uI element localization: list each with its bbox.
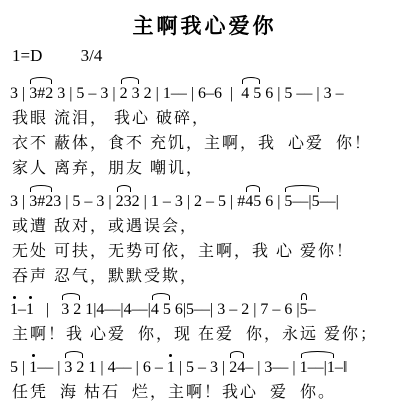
music-note-token: – [245,359,257,377]
music-note-token: 5 –– [280,85,316,103]
high-octave-note: 1 [29,359,37,377]
music-note-token: 3 [53,193,65,211]
music-note-token: –– [37,359,57,377]
barline: | [336,193,339,211]
music-note-token: 5 – 3 [182,359,222,377]
slur-note-group: 4 5 [151,301,171,319]
slur-note-group: 45 [245,193,261,211]
slur-note-group: 23 [116,193,132,211]
music-line-1: 3 | 3#2 3 | 5 – 3 | 2 3 2 | 1–– | 6–6 | … [10,74,401,106]
music-note-token: 1–– [159,85,191,103]
music-note-token: 6 [261,85,277,103]
signatures-row: 1=D 3/4 [12,46,401,66]
music-note-token: 3–– [260,359,292,377]
music-note-token: 5–– [186,301,210,319]
slur-note-group: 1––|1 [300,359,335,377]
music-note-token: 2 [132,193,144,211]
music-line-3: 1–1 | 3 2 1|4––|4––|4 5 6|5––| 3 – 2 | 7… [10,290,401,322]
high-octave-note: 1 [167,359,175,377]
key-signature: 1=D [12,46,42,65]
barline: ‖ [343,359,348,377]
slur-note-group: 5 [300,301,308,319]
music-note-token [49,301,61,319]
high-octave-note: 1 [10,301,18,319]
music-line-4: 5 | 1–– | 3 2 1 | 4–– | 6 – 1 | 5 – 3 | … [10,348,401,380]
lyric-line-1: 我眼 流泪， 我心 破碎， [12,107,401,130]
lyric-line-5: 无处 可扶，无势可依，主啊，我 心 爱你！ [12,240,401,263]
time-signature: 3/4 [81,46,103,65]
music-note-token: 3 [10,193,22,211]
music-note-token: 5 – 3 [72,85,112,103]
music-note-token: 6 [171,301,183,319]
lyric-line-2: 衣不 蔽体，食不 充饥，主啊，我 心爱 你！ [12,132,401,155]
music-note-token: 7 – 6 [256,301,296,319]
music-note-token: 3 – 2 [213,301,253,319]
song-title: 主啊我心爱你 [8,10,401,40]
slur-note-group: 3#2 [29,85,53,103]
music-note-token: 6 [261,193,277,211]
music-note-token: 6 – [139,359,167,377]
music-note-token: 5 – 3 [68,193,108,211]
music-note-token: – [18,301,26,319]
high-octave-note: 1 [26,301,34,319]
music-note-token: 1 – 3 [147,193,187,211]
slur-note-group: 2 3 [120,85,140,103]
music-note-token: 4–– [104,359,136,377]
music-note-token: 1 [84,359,100,377]
lyric-line-4: 或遭 敌对，或遇误会， [12,215,401,238]
music-note-token [34,301,46,319]
lyric-line-3: 家人 离弃，朋友 嘲讥， [12,157,401,180]
music-note-token [233,85,241,103]
music-note-token: 6–6 [194,85,230,103]
slur-note-group: 3 2 [64,359,84,377]
sheet-music-page: 主啊我心爱你 1=D 3/4 3 | 3#2 3 | 5 – 3 | 2 3 2… [0,0,409,404]
lyric-line-6: 吞声 忍气，默默受欺， [12,265,401,288]
slur-note-group: 3#2 [29,193,53,211]
music-note-token: 3 [10,85,22,103]
slur-note-group: 5––|5 [284,193,319,211]
music-note-token: 5 [10,359,22,377]
lyric-line-7: 主啊！我 心爱 你，现 在爱 你，永远 爱你； [12,323,401,346]
music-note-token: # [233,193,245,211]
music-note-token: – [308,301,316,319]
music-note-token: 4–– [96,301,120,319]
music-note-token: 3 [53,85,69,103]
lyric-line-8: 任凭 海 枯石 烂，主啊！我心 爱 你。 [12,381,401,404]
slur-note-group: 3 2 [61,301,81,319]
music-line-2: 3 | 3#23 | 5 – 3 | 232 | 1 – 3 | 2 – 5 |… [10,182,401,214]
music-note-token: 2 – 5 [190,193,230,211]
music-note-token: 2 [140,85,156,103]
slur-note-group: 24 [229,359,245,377]
music-note-token: 3 – [320,85,344,103]
slur-note-group: 4 5 [241,85,261,103]
music-note-token: 4–– [124,301,148,319]
music-note-token: –– [320,193,336,211]
music-note-token: 1 [81,301,93,319]
music-note-token: – [335,359,343,377]
